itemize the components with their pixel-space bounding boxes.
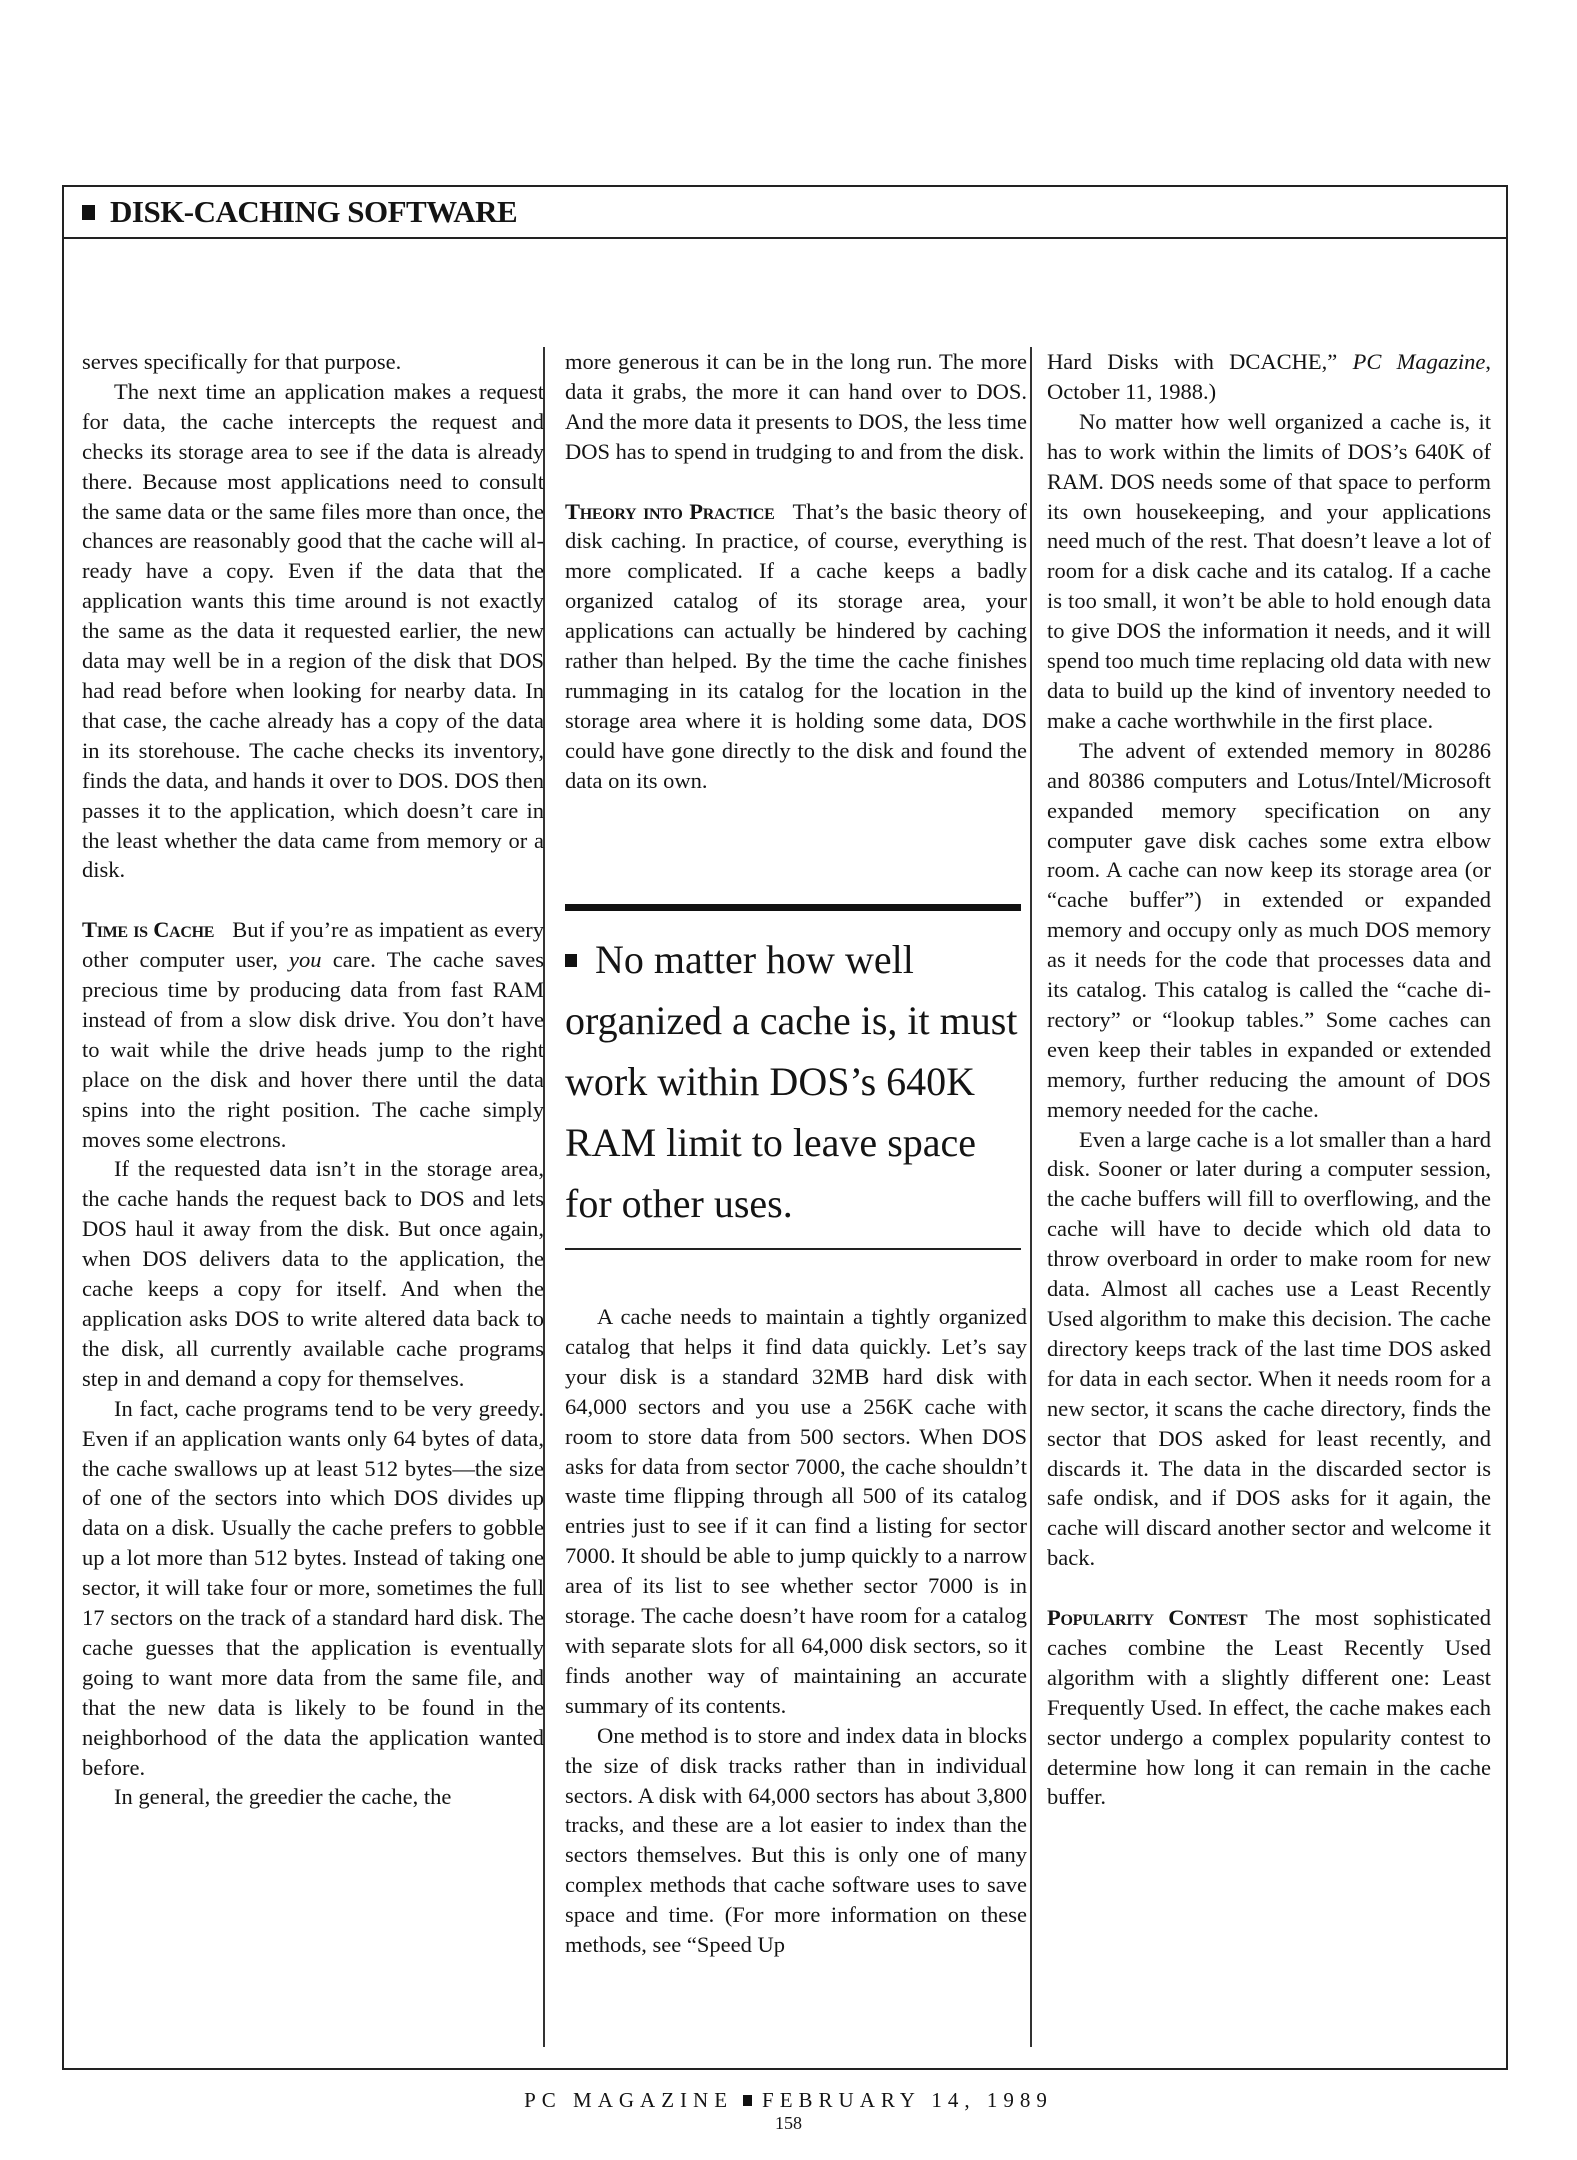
square-bullet-icon [82, 205, 95, 220]
paragraph: One method is to store and index data in… [565, 1721, 1027, 1960]
paragraph-text: care. The cache saves precious time by p… [82, 947, 544, 1151]
issue-date: FEBRUARY 14, 1989 [762, 2088, 1053, 2112]
footer-masthead: PC MAGAZINEFEBRUARY 14, 1989 [0, 2088, 1577, 2113]
column-3: Hard Disks with DCACHE,” PC Maga­zine, O… [1047, 347, 1491, 1812]
emphasis: PC Maga­zine [1353, 349, 1486, 374]
square-bullet-icon [743, 2095, 752, 2106]
paragraph-text: The most sophisticated caches combine th… [1047, 1605, 1491, 1809]
section-header: DISK-CACHING SOFTWARE [64, 187, 1506, 239]
pull-quote-top-rule [565, 904, 1021, 911]
paragraph: Time is CacheBut if you’re as impa­tient… [82, 915, 544, 1154]
paragraph: No matter how well organized a cache is,… [1047, 407, 1491, 736]
paragraph: more generous it can be in the long run.… [565, 347, 1027, 467]
paragraph: Even a large cache is a lot smaller than… [1047, 1125, 1491, 1574]
subhead-popularity-contest: Popularity Contest [1047, 1605, 1247, 1630]
column-2-continued: A cache needs to maintain a tightly or­g… [565, 1302, 1027, 1960]
article-frame: DISK-CACHING SOFTWARE serves specificall… [62, 185, 1508, 2070]
column-1: serves specifically for that purpose. Th… [82, 347, 544, 1812]
paragraph: The next time an application makes a req… [82, 377, 544, 885]
column-2: more generous it can be in the long run.… [565, 347, 1027, 796]
paragraph: In fact, cache programs tend to be very … [82, 1394, 544, 1783]
subhead-time-is-cache: Time is Cache [82, 917, 214, 942]
column-divider [1030, 347, 1032, 2047]
paragraph: The advent of extended memory in 80286 a… [1047, 736, 1491, 1125]
paragraph: A cache needs to maintain a tightly or­g… [565, 1302, 1027, 1721]
pull-quote-text: No matter how well organized a cache is,… [565, 911, 1021, 1248]
pull-quote: No matter how well organized a cache is,… [565, 904, 1021, 1250]
paragraph: Theory into PracticeThat’s the basic the… [565, 497, 1027, 796]
paragraph: In general, the greedier the cache, the [82, 1782, 544, 1812]
paragraph: Popularity ContestThe most sophisticated… [1047, 1603, 1491, 1812]
paragraph-text: Hard Disks with DCACHE,” [1047, 349, 1353, 374]
square-bullet-icon [565, 954, 577, 967]
pull-quote-bottom-rule [565, 1248, 1021, 1250]
page-number: 158 [0, 2113, 1577, 2134]
emphasis: you [289, 947, 322, 972]
section-title: DISK-CACHING SOFTWARE [110, 194, 517, 230]
subhead-theory-into-practice: Theory into Practice [565, 499, 774, 524]
publication-name: PC MAGAZINE [524, 2088, 733, 2112]
paragraph: serves specifically for that purpose. [82, 347, 544, 377]
paragraph: If the requested data isn’t in the stora… [82, 1154, 544, 1393]
paragraph: Hard Disks with DCACHE,” PC Maga­zine, O… [1047, 347, 1491, 407]
paragraph-text: That’s the basic theory of disk caching.… [565, 499, 1027, 793]
page-footer: PC MAGAZINEFEBRUARY 14, 1989 158 [0, 2088, 1577, 2134]
pull-quote-body: No matter how well organized a cache is,… [565, 937, 1017, 1226]
